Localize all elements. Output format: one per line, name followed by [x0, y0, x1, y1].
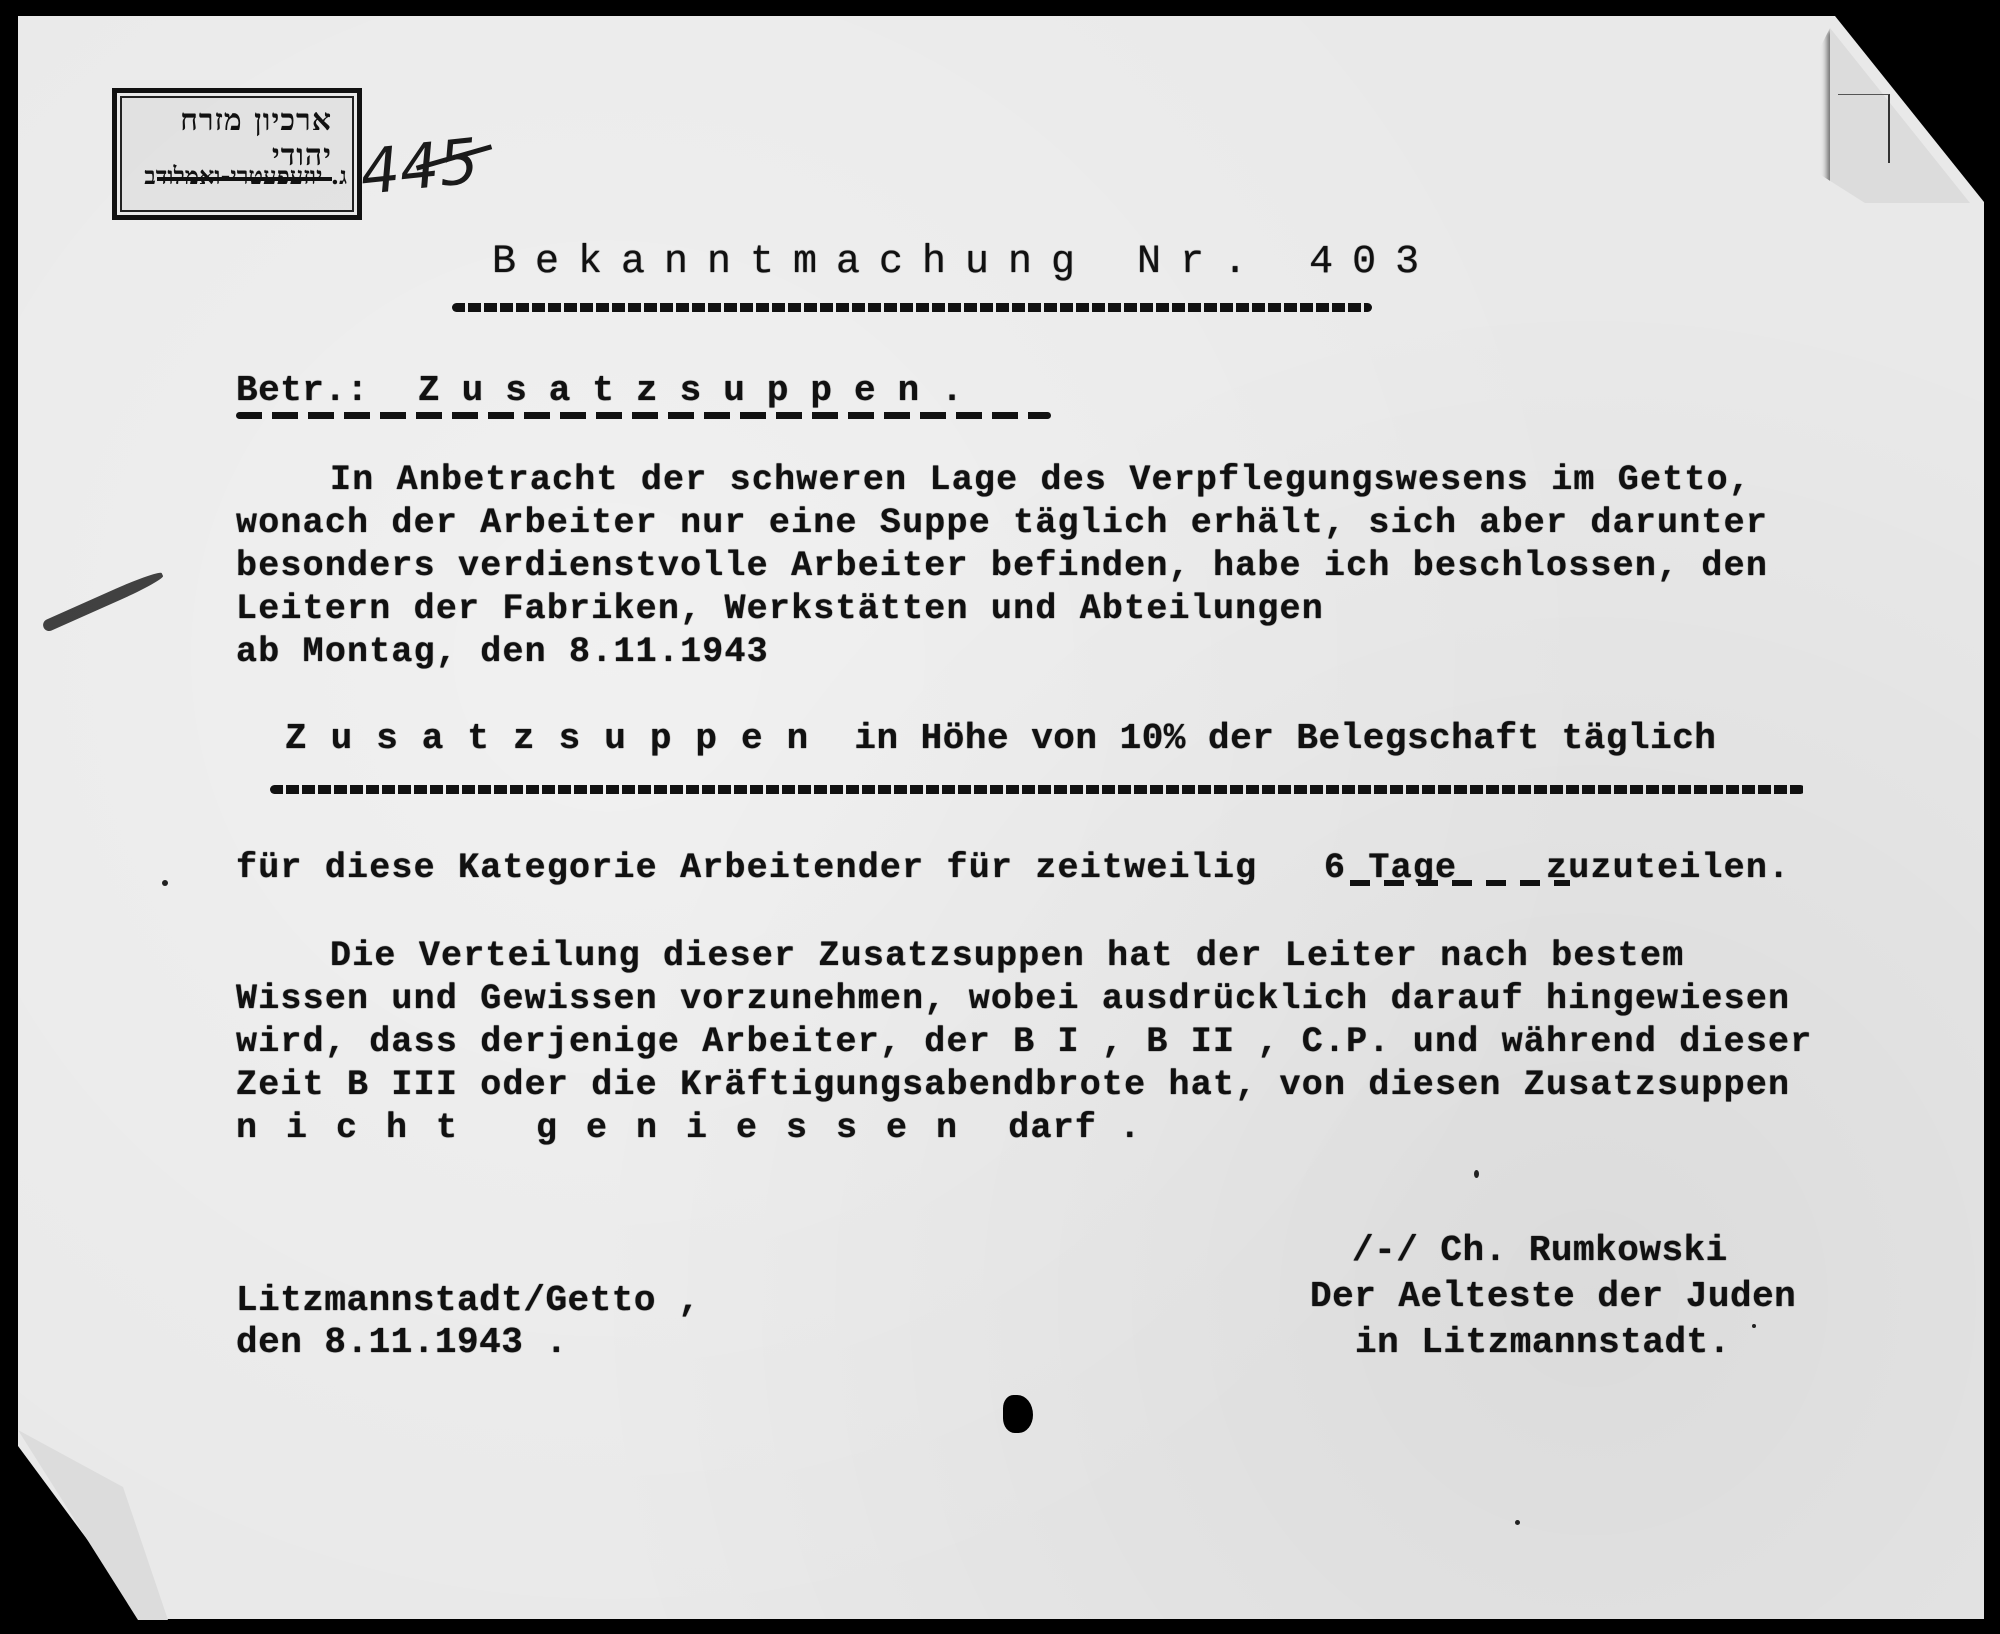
speck: [1752, 1324, 1756, 1328]
signature-name: /-/ Ch. Rumkowski: [1352, 1230, 1728, 1271]
highlight-spaced-word: Zusatzsuppen: [285, 718, 832, 759]
document-title: Bekanntmachung Nr. 403: [492, 240, 1438, 285]
allocation-after: zuzuteilen.: [1546, 848, 1790, 888]
archive-stamp: ארכיון מזרח יהודי ג. יוזעפעטרי-ואמלודב: [112, 88, 362, 220]
closing-spaced: nicht geniessen: [236, 1108, 986, 1148]
paragraph1-line: besonders verdienstvolle Arbeiter befind…: [236, 546, 1768, 586]
paragraph2-line: Die Verteilung dieser Zusatzsuppen hat d…: [330, 936, 1684, 976]
ink-blot: [1003, 1395, 1033, 1433]
speck: [162, 880, 168, 886]
highlight-line: Zusatzsuppen in Höhe von 10% der Belegsc…: [285, 718, 1716, 759]
closing-line: nicht geniessen darf .: [236, 1108, 1142, 1148]
subject-text: Zusatzsuppen.: [418, 370, 985, 411]
place-line: Litzmannstadt/Getto ,: [236, 1280, 700, 1321]
subject-underline: [236, 412, 1051, 419]
title-underline: [452, 303, 1372, 312]
signature-location: in Litzmannstadt.: [1355, 1322, 1731, 1363]
paragraph2-line: Zeit B III oder die Kräftigungsabendbrot…: [236, 1065, 1790, 1105]
fold-crease: [1838, 94, 1890, 163]
highlight-rest: in Höhe von 10% der Belegschaft täglich: [854, 718, 1716, 759]
paragraph2-line: Wissen und Gewissen vorzunehmen, wobei a…: [236, 979, 1790, 1019]
paragraph1-line: wonach der Arbeiter nur eine Suppe tägli…: [236, 503, 1768, 543]
paragraph1-line: Leitern der Fabriken, Werkstätten und Ab…: [236, 589, 1324, 629]
subject-label: Betr.:: [236, 370, 369, 411]
closing-rest: darf .: [1008, 1108, 1141, 1148]
signature-title: Der Aelteste der Juden: [1310, 1276, 1796, 1317]
speck: [1474, 1170, 1479, 1178]
speck: [1515, 1520, 1520, 1525]
highlight-underline: [270, 785, 1805, 794]
paragraph2-line: wird, dass derjenige Arbeiter, der B I ,…: [236, 1022, 1812, 1062]
allocation-before: für diese Kategorie Arbeitender für zeit…: [236, 848, 1257, 888]
paragraph1-line: In Anbetracht der schweren Lage des Verp…: [330, 460, 1751, 500]
paragraph1-line: ab Montag, den 8.11.1943: [236, 632, 769, 672]
days-underline: [1350, 880, 1570, 886]
date-line: den 8.11.1943 .: [236, 1322, 568, 1363]
stamp-line-2: ג. יוזעפעטרי-ואמלודב: [127, 161, 347, 191]
